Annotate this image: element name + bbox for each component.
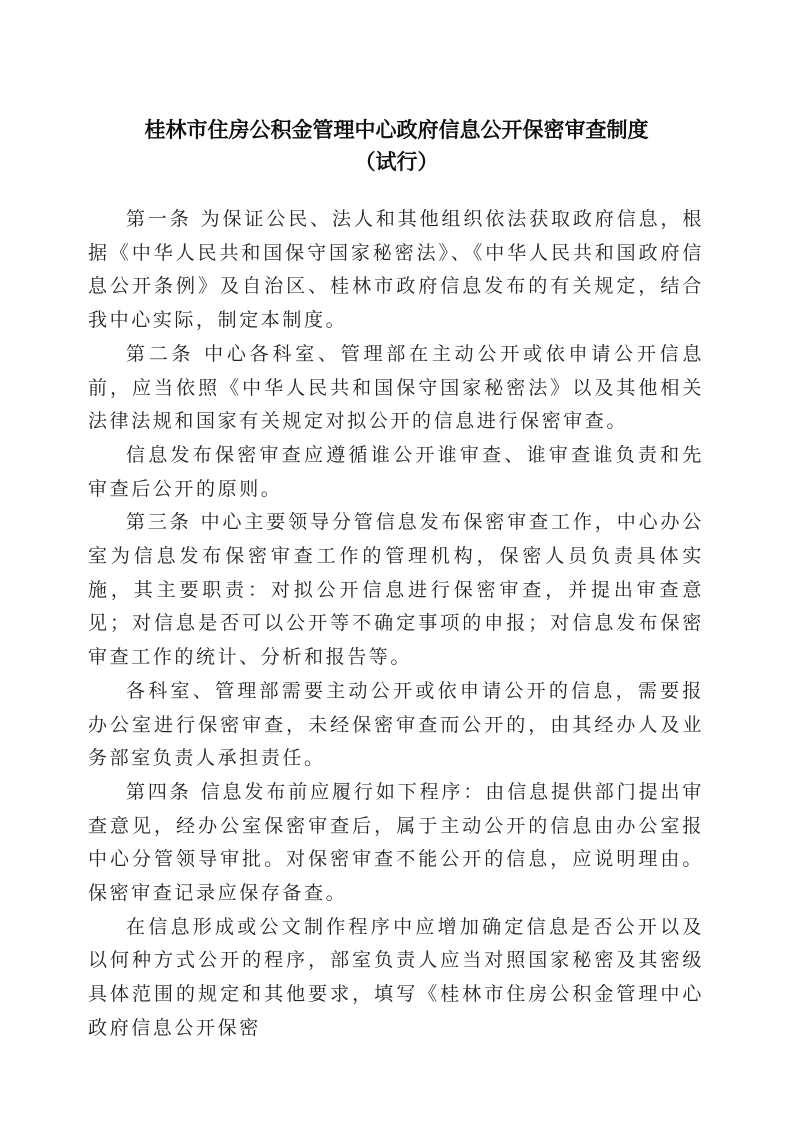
paragraph-article-1: 第一条 为保证公民、法人和其他组织依法获取政府信息，根据《中华人民共和国保守国家… bbox=[88, 203, 704, 338]
paragraph-article-2: 第二条 中心各科室、管理部在主动公开或依申请公开信息前，应当依照《中华人民共和国… bbox=[88, 338, 704, 439]
paragraph-article-4: 第四条 信息发布前应履行如下程序：由信息提供部门提出审查意见，经办公室保密审查后… bbox=[88, 776, 704, 911]
document-body: 第一条 为保证公民、法人和其他组织依法获取政府信息，根据《中华人民共和国保守国家… bbox=[88, 203, 704, 1046]
paragraph-principle: 信息发布保密审查应遵循谁公开谁审查、谁审查谁负责和先审查后公开的原则。 bbox=[88, 439, 704, 506]
document-subtitle: （试行） bbox=[0, 146, 793, 176]
paragraph-procedure: 在信息形成或公文制作程序中应增加确定信息是否公开以及以何种方式公开的程序，部室负… bbox=[88, 911, 704, 1046]
paragraph-article-3: 第三条 中心主要领导分管信息发布保密审查工作，中心办公室为信息发布保密审查工作的… bbox=[88, 506, 704, 675]
paragraph-responsibility: 各科室、管理部需要主动公开或依申请公开的信息，需要报办公室进行保密审查，未经保密… bbox=[88, 675, 704, 776]
document-page: 桂林市住房公积金管理中心政府信息公开保密审查制度 （试行） 第一条 为保证公民、… bbox=[0, 0, 793, 1122]
document-title: 桂林市住房公积金管理中心政府信息公开保密审查制度 bbox=[0, 114, 793, 144]
